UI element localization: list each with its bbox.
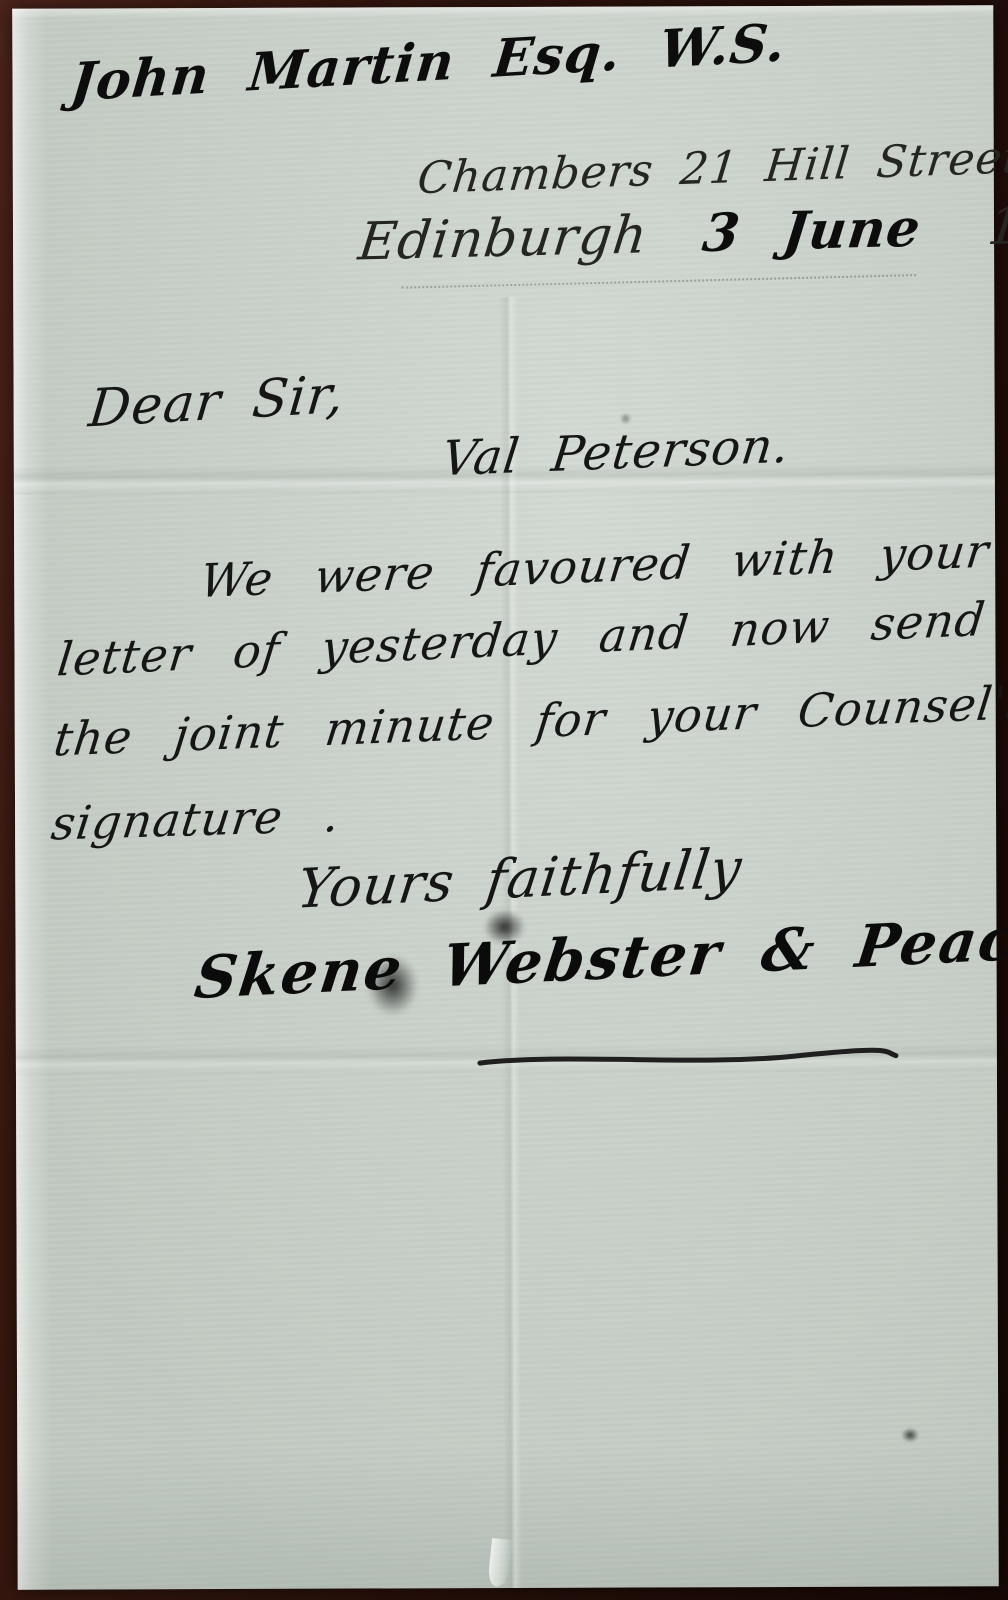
date-fill-dotted-line xyxy=(401,272,916,289)
ink-blot xyxy=(483,909,525,945)
letter-page: John Martin Esq. W.S. Chambers 21 Hill S… xyxy=(12,5,999,1589)
date-year: 1874. xyxy=(985,193,1008,257)
paper-edge-highlight-left xyxy=(12,9,54,1590)
body-line-4: signature . xyxy=(48,788,343,852)
date-year-prefix: 18 xyxy=(985,195,1008,257)
paper-edge-highlight-top xyxy=(12,5,993,18)
photo-background: John Martin Esq. W.S. Chambers 21 Hill S… xyxy=(0,0,1008,1600)
date-day-month: 3 June xyxy=(700,198,925,265)
addressee-line: John Martin Esq. W.S. xyxy=(68,12,789,115)
body-line-3: the joint minute for your Counsel's xyxy=(51,675,1008,768)
paper-speck xyxy=(620,413,632,425)
ink-blot xyxy=(368,955,418,1015)
ink-spot xyxy=(901,1428,919,1443)
letterhead-place: Edinburgh xyxy=(355,205,651,272)
letterhead-address-line: Chambers 21 Hill Street. xyxy=(415,131,1008,206)
signature-underline-flourish xyxy=(476,1044,900,1073)
closing-line: Yours faithfully xyxy=(293,836,746,922)
salutation-line: Dear Sir, xyxy=(86,364,348,441)
